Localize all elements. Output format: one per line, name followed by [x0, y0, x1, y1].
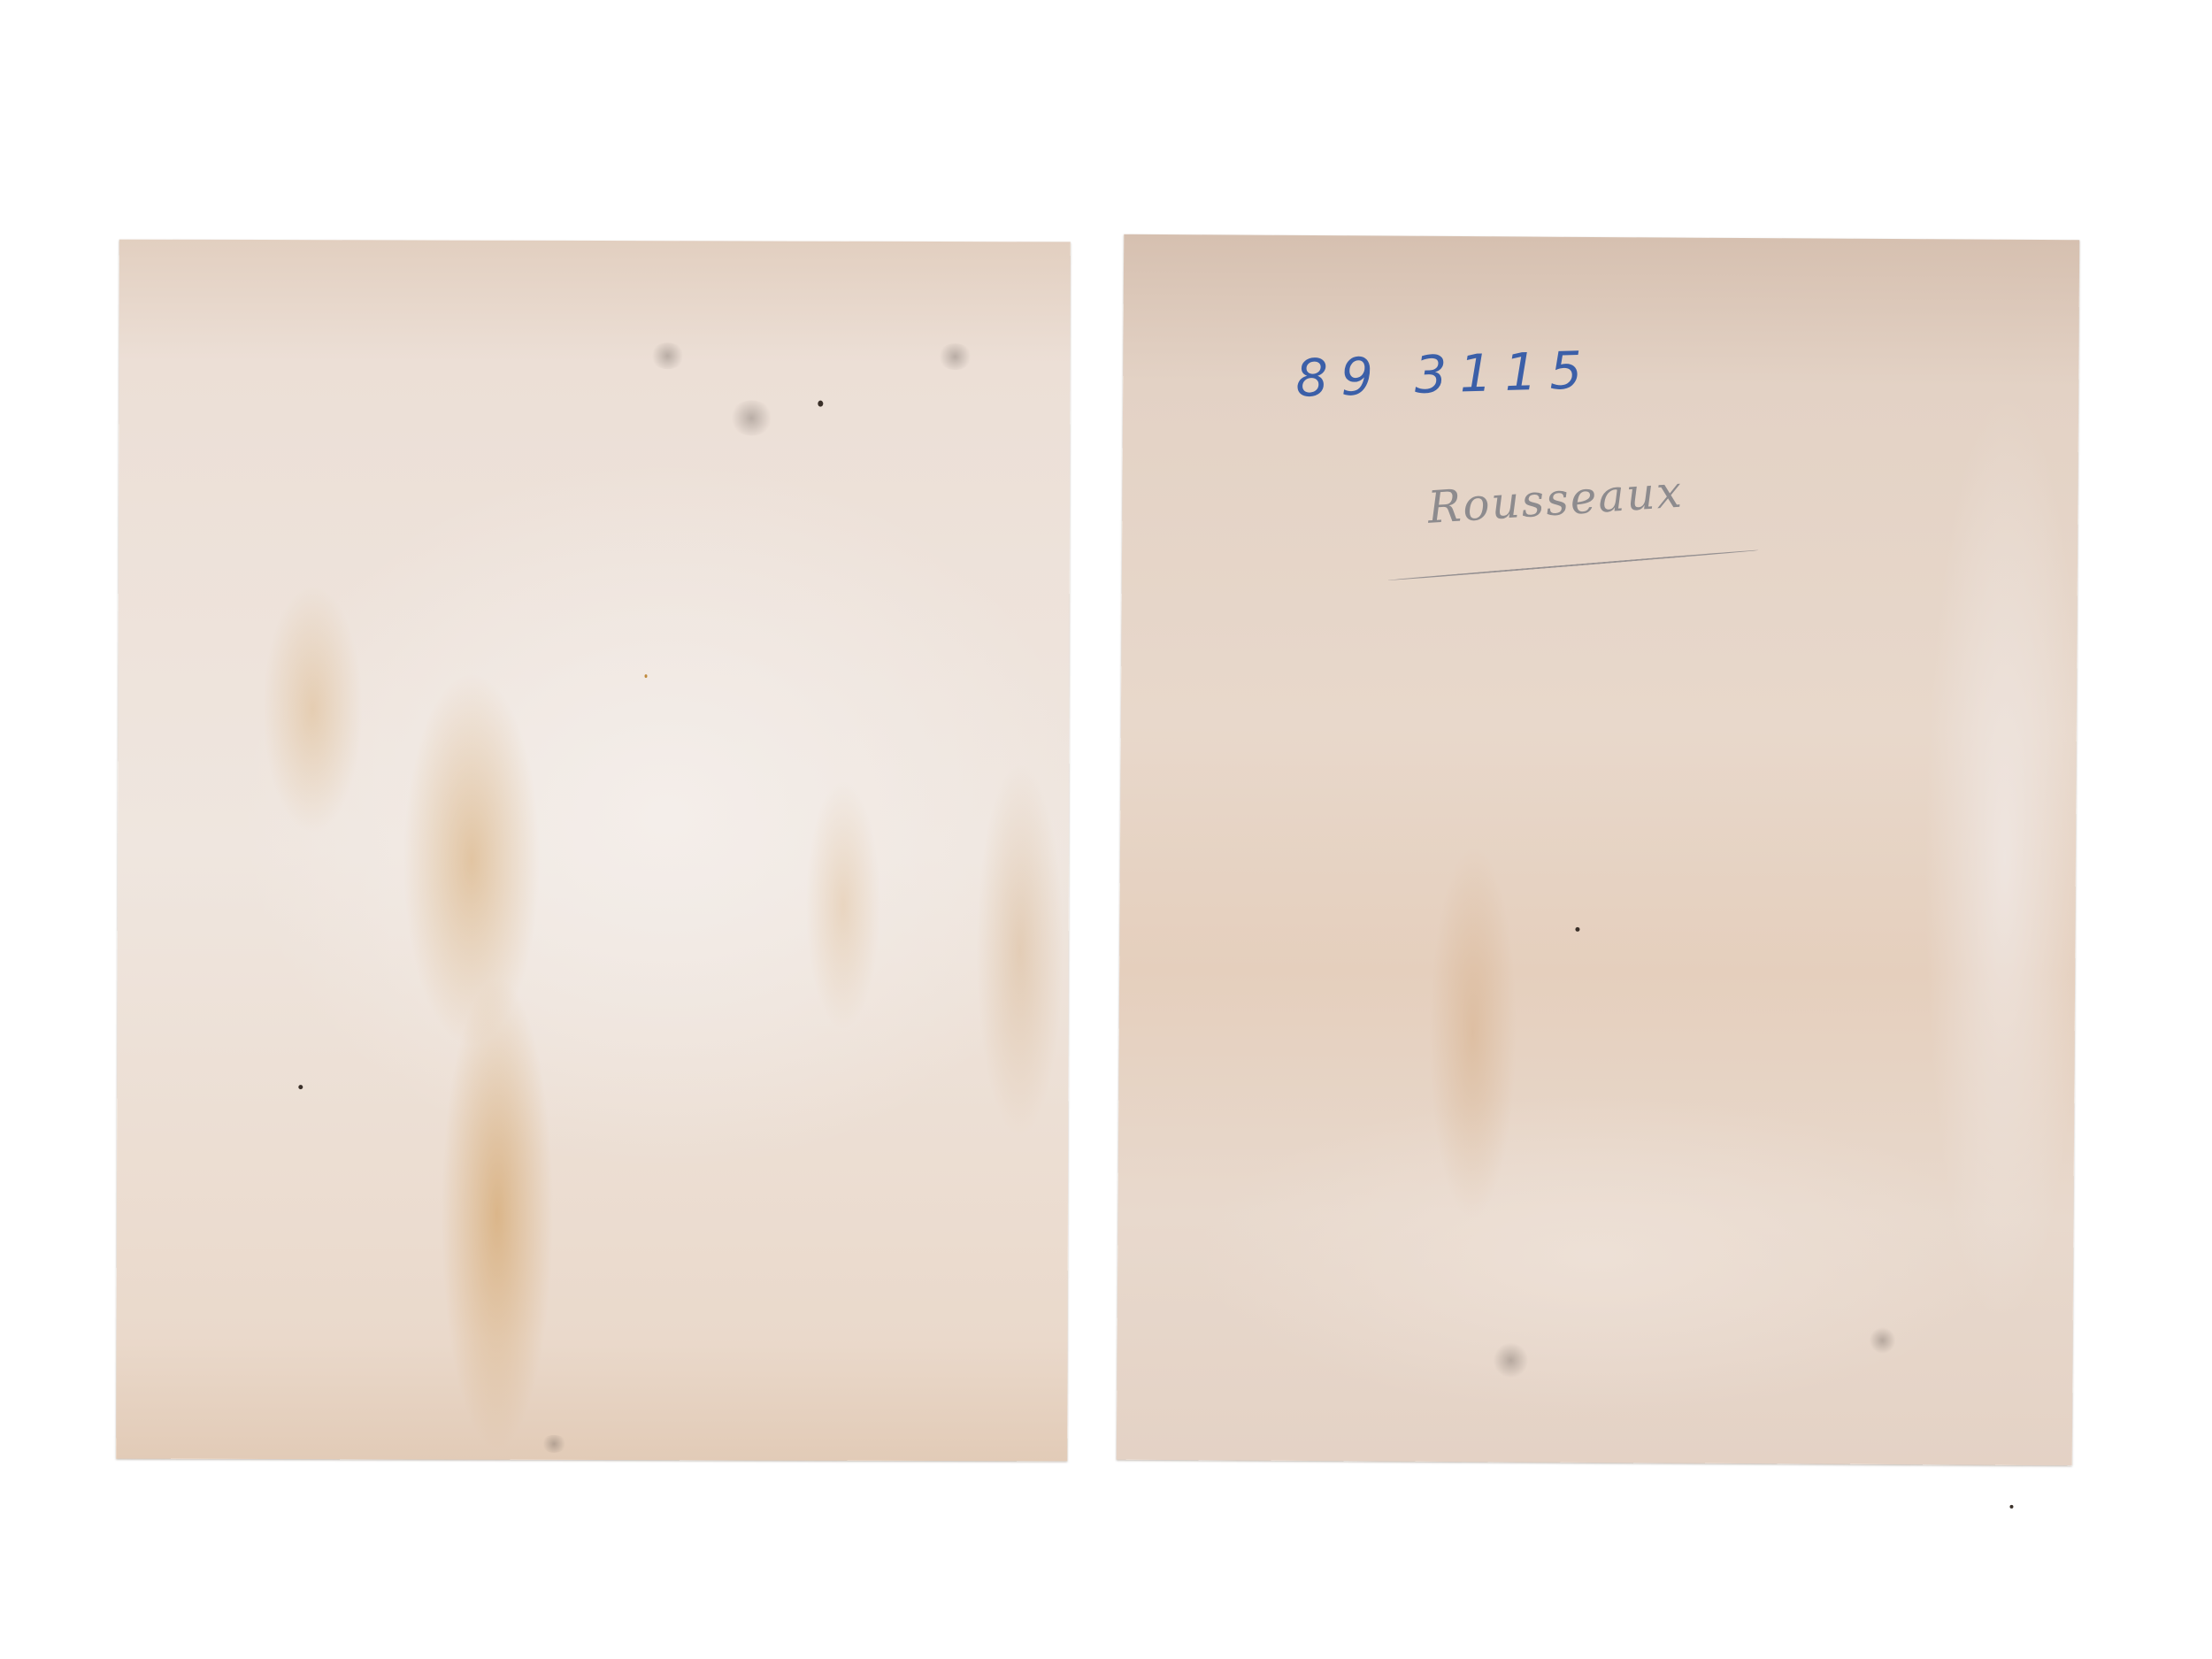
speck — [645, 674, 648, 678]
smudge — [541, 1435, 567, 1453]
smudge — [1493, 1342, 1528, 1378]
pencil-underline — [1388, 549, 1759, 581]
speck — [818, 401, 823, 407]
smudge — [1870, 1327, 1896, 1354]
speck — [1575, 927, 1579, 932]
speck — [2009, 1505, 2013, 1509]
left-paper-sheet — [116, 240, 1071, 1462]
tape-mark — [937, 343, 972, 370]
pencil-signature: Rousseaux — [1426, 466, 1685, 534]
right-paper-sheet: 89 3115 Rousseaux — [1117, 234, 2079, 1466]
speck — [298, 1085, 303, 1089]
tape-mark — [649, 342, 685, 369]
catalog-number: 89 3115 — [1294, 340, 1595, 409]
smudge — [729, 400, 773, 435]
